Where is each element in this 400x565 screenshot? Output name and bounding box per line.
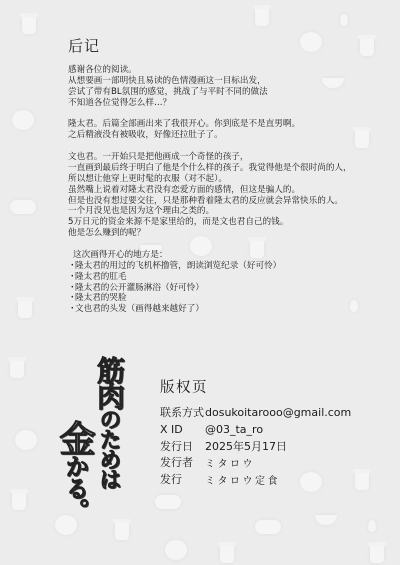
- cup-icon: [220, 545, 234, 563]
- blob-icon: [255, 520, 281, 534]
- bullet-icon: ・: [68, 261, 75, 272]
- cup-icon: [255, 8, 269, 26]
- text-line: 尝试了带有BL氛围的感觉，挑战了与平时不同的做法: [68, 87, 368, 98]
- cup-icon: [22, 16, 36, 34]
- text-line: 5万日元的资金来源不是家里给的，而是文也君自己的钱。: [68, 217, 368, 228]
- colophon-label: 联系方式: [160, 404, 205, 420]
- list-item: ・文也君的头发（画得越来越好了）: [68, 304, 368, 315]
- drop-icon: [340, 14, 348, 26]
- bullet-icon: ・: [68, 304, 75, 315]
- logo-char: か: [61, 454, 90, 476]
- colophon-row-x-id: X ID @03_ta_ro: [160, 421, 390, 438]
- list-item: ・隆太君的哭脸: [68, 293, 368, 304]
- afterword-paragraph-fumiya: 文也君。一开始只是把他画成一个奇怪的孩子， 一直画到最后终于明白了他是个什么样的…: [68, 152, 368, 239]
- list-item-text: 隆太君的用过的飞机杯撸管，朗读浏览纪录（好可怜）: [75, 261, 281, 271]
- colophon-label: 发行: [160, 471, 205, 487]
- text-line: 文也君。一开始只是把他画成一个奇怪的孩子，: [68, 152, 368, 163]
- colophon-row-date: 发行日 2025年5月17日: [160, 437, 390, 454]
- publish-date: 2025年5月17日: [205, 438, 287, 454]
- title-logo-right-column: 筋肉のためは: [92, 356, 126, 488]
- logo-char: 金: [54, 420, 96, 454]
- contact-email: dosukoitarooo@gmail.com: [205, 406, 351, 419]
- afterword-paragraph-thanks: 感谢各位的阅读。 从想要画一部明快且易读的色情漫画这一目标出发， 尝试了带有BL…: [68, 65, 368, 109]
- bowl-icon: [315, 515, 337, 525]
- logo-char: 筋: [93, 356, 126, 382]
- logo-char: は: [96, 468, 122, 488]
- logo-char: の: [96, 408, 122, 428]
- colophon-label: 发行日: [160, 438, 205, 454]
- logo-char: 。: [61, 498, 90, 520]
- drop-icon: [368, 520, 376, 532]
- text-line: 他是怎么赚到的呢？: [68, 228, 368, 239]
- text-line: 感谢各位的阅读。: [68, 65, 368, 76]
- list-item-text: 隆太君的公开灌肠淋浴（好可怜）: [75, 283, 204, 293]
- list-item: ・隆太君的公开灌肠淋浴（好可怜）: [68, 283, 368, 294]
- text-line: 一直画到最后终于明白了他是个什么样的孩子。我觉得他是个很时尚的人，: [68, 163, 368, 174]
- bullet-icon: ・: [68, 293, 75, 304]
- afterword-section: 后记 感谢各位的阅读。 从想要画一部明快且易读的色情漫画这一目标出发， 尝试了带…: [68, 36, 368, 315]
- text-line: 隆太君。后篇全部画出来了我很开心。你到底是不是直男啊。: [68, 119, 368, 130]
- text-line: 但是也没有想过要交往，只是那种看着隆太君的反应就会异常快乐的人。: [68, 196, 368, 207]
- publisher-name: ミタロウ: [205, 455, 255, 470]
- title-logo-left-column: 金かる。: [54, 420, 96, 520]
- afterword-title: 后记: [68, 36, 368, 56]
- circle-name: ミタロウ定食: [205, 472, 280, 487]
- cup-icon: [12, 492, 26, 510]
- blob-icon: [10, 200, 36, 214]
- colophon-row-publisher: 发行者 ミタロウ: [160, 454, 390, 471]
- colophon-title: 版权页: [160, 378, 390, 398]
- text-line: 从想要画一部明快且易读的色情漫画这一目标出发，: [68, 76, 368, 87]
- colophon-section: 版权页 联系方式 dosukoitarooo@gmail.com X ID @0…: [160, 378, 390, 487]
- list-item: ・隆太君的用过的飞机杯撸管，朗读浏览纪录（好可怜）: [68, 261, 368, 272]
- text-line: 所以想让他穿上更时髦的衣服（对不起）。: [68, 174, 368, 185]
- face-icon: [165, 540, 187, 560]
- colophon-label: X ID: [160, 423, 205, 436]
- cup-icon: [10, 360, 24, 378]
- face-icon: [12, 110, 34, 130]
- cup-icon: [370, 545, 384, 563]
- logo-char: た: [96, 428, 122, 448]
- cup-icon: [18, 300, 32, 318]
- x-handle: @03_ta_ro: [205, 423, 263, 436]
- logo-char: め: [96, 448, 122, 468]
- fun-parts-intro: 这次画得开心的地方是：: [68, 250, 368, 261]
- list-item-text: 隆太君的哭脸: [75, 293, 127, 303]
- list-item: ・隆太君的肛毛: [68, 272, 368, 283]
- logo-char: 肉: [93, 382, 126, 408]
- colophon-row-contact: 联系方式 dosukoitarooo@gmail.com: [160, 404, 390, 421]
- afterword-paragraph-ryuta: 隆太君。后篇全部画出来了我很开心。你到底是不是直男啊。 之后精液没有被吸收，好像…: [68, 119, 368, 141]
- fun-parts-list: 这次画得开心的地方是： ・隆太君的用过的飞机杯撸管，朗读浏览纪录（好可怜） ・隆…: [68, 250, 368, 315]
- text-line: 之后精液没有被吸收，好像还拉肚子了。: [68, 130, 368, 141]
- logo-char: る: [61, 476, 90, 498]
- text-line: 不知道各位觉得怎么样…？: [68, 98, 368, 109]
- text-line: 一个月没见也是因为这个理由之类的。: [68, 206, 368, 217]
- colophon-label: 发行者: [160, 454, 205, 470]
- title-logo: 筋肉のためは 金かる。: [52, 352, 132, 522]
- list-item-text: 隆太君的肛毛: [75, 272, 127, 282]
- face-icon: [15, 430, 37, 450]
- bullet-icon: ・: [68, 283, 75, 294]
- cup-icon: [115, 522, 129, 540]
- list-item-text: 文也君的头发（画得越来越好了）: [75, 304, 204, 314]
- colophon-row-circle: 发行 ミタロウ定食: [160, 471, 390, 488]
- text-line: 虽然嘴上说着对隆太君没有恋爱方面的感情，但这是骗人的。: [68, 185, 368, 196]
- blob-icon: [155, 495, 181, 509]
- bullet-icon: ・: [68, 272, 75, 283]
